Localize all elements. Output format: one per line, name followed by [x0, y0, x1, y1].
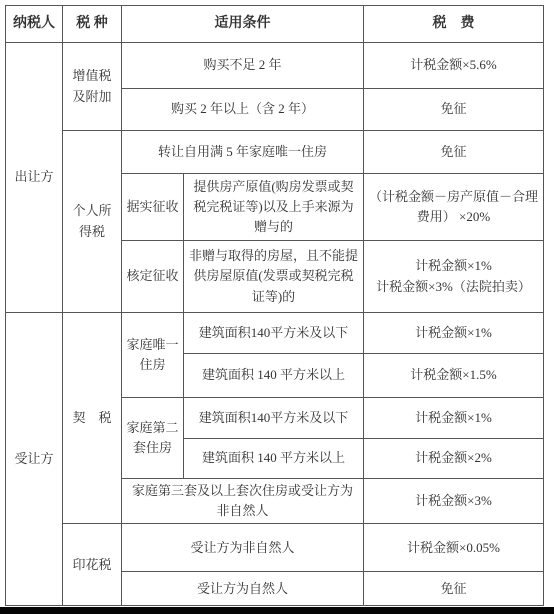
fee-stamp-natural: 免征 [364, 572, 544, 606]
group-seller: 出让方 [6, 43, 63, 313]
group-deed-tax: 契 税 [63, 313, 122, 524]
condition-stamp-non-natural: 受让方为非自然人 [122, 524, 364, 572]
row-stamp-non-natural: 印花税 受让方为非自然人 计税金额×0.05% [6, 524, 544, 572]
condition-deed-second-small: 建筑面积140平方米及以下 [184, 398, 364, 439]
header-fee: 税 费 [364, 6, 544, 43]
fee-vat-under2: 计税金额×5.6% [364, 43, 544, 89]
condition-pit-actual: 提供房产原值(购房发票或契税完税证等)以及上手来源为赠与的 [184, 174, 364, 241]
fee-vat-over2: 免征 [364, 89, 544, 131]
group-actual-levy: 据实征收 [122, 174, 184, 241]
row-pit-only-home: 个人所得税 转让自用满 5 年家庭唯一住房 免征 [6, 131, 544, 174]
group-stamp-tax: 印花税 [63, 524, 122, 606]
tax-table: 纳税人 税 种 适用条件 税 费 出让方 增值税及附加 购买不足 2 年 计税金… [5, 5, 544, 606]
fee-pit-actual: （计税金额－房产原值－合理费用） ×20% [364, 174, 544, 241]
header-row: 纳税人 税 种 适用条件 税 费 [6, 6, 544, 43]
condition-pit-assessed: 非赠与取得的房屋，且不能提供房屋原值(发票或契税完税证等)的 [184, 241, 364, 313]
condition-deed-second-large: 建筑面积 140 平方米以上 [184, 439, 364, 479]
group-first-home: 家庭唯一住房 [122, 313, 184, 398]
group-vat-surcharge: 增值税及附加 [63, 43, 122, 131]
condition-vat-under2: 购买不足 2 年 [122, 43, 364, 89]
group-buyer: 受让方 [6, 313, 63, 606]
condition-deed-first-small: 建筑面积140平方米及以下 [184, 313, 364, 354]
bottom-edge-bar [0, 607, 554, 614]
fee-deed-second-large: 计税金额×2% [364, 439, 544, 479]
fee-stamp-non-natural: 计税金额×0.05% [364, 524, 544, 572]
fee-pit-assessed: 计税金额×1% 计税金额×3%（法院拍卖） [364, 241, 544, 313]
condition-pit-only-home: 转让自用满 5 年家庭唯一住房 [122, 131, 364, 174]
row-vat-under2: 出让方 增值税及附加 购买不足 2 年 计税金额×5.6% [6, 43, 544, 89]
fee-deed-first-small: 计税金额×1% [364, 313, 544, 354]
condition-stamp-natural: 受让方为自然人 [122, 572, 364, 606]
condition-vat-over2: 购买 2 年以上（含 2 年） [122, 89, 364, 131]
fee-pit-only-home: 免征 [364, 131, 544, 174]
page: 纳税人 税 种 适用条件 税 费 出让方 增值税及附加 购买不足 2 年 计税金… [0, 0, 554, 614]
header-taxpayer: 纳税人 [6, 6, 63, 43]
header-tax-type: 税 种 [63, 6, 122, 43]
group-second-home: 家庭第二套住房 [122, 398, 184, 479]
fee-deed-first-large: 计税金额×1.5% [364, 354, 544, 398]
condition-deed-third: 家庭第三套及以上套次住房或受让方为非自然人 [122, 479, 364, 524]
row-deed-first-small: 受让方 契 税 家庭唯一住房 建筑面积140平方米及以下 计税金额×1% [6, 313, 544, 354]
condition-deed-first-large: 建筑面积 140 平方米以上 [184, 354, 364, 398]
group-personal-income-tax: 个人所得税 [63, 131, 122, 313]
group-assessed-levy: 核定征收 [122, 241, 184, 313]
fee-deed-third: 计税金额×3% [364, 479, 544, 524]
fee-deed-second-small: 计税金额×1% [364, 398, 544, 439]
header-condition: 适用条件 [122, 6, 364, 43]
